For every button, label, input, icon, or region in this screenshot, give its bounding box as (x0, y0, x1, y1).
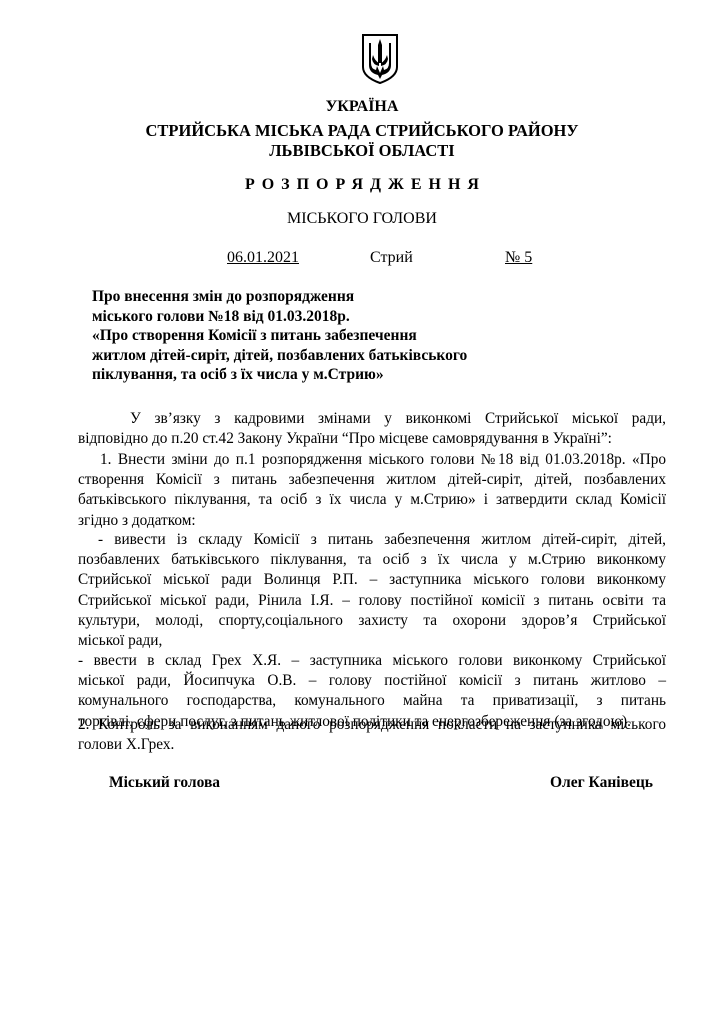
item-1-paragraph: 1. Внести зміни до п.1 розпорядження міс… (78, 450, 666, 531)
subject-line: Про внесення змін до розпорядження (92, 287, 467, 307)
item-2-paragraph: 2. Контроль за виконанням даного розпоря… (78, 715, 666, 755)
paragraph-line: голови Х.Грех. (78, 735, 666, 755)
subject-line: піклування, та осіб з їх числа у м.Стрию… (92, 365, 467, 385)
trident-coat-of-arms-icon (360, 33, 400, 85)
signature-title: Міський голова (109, 774, 220, 792)
paragraph-line: - вивести із складу Комісії з питань заб… (78, 530, 666, 550)
paragraph-line: згідно з додатком: (78, 511, 666, 531)
remove-members-paragraph: - вивести із складу Комісії з питань заб… (78, 530, 666, 651)
paragraph-line: відповідно до п.20 ст.42 Закону України … (78, 429, 666, 449)
paragraph-line: міської ради, Йосипчука О.В. – голову по… (78, 671, 666, 691)
document-city: Стрий (370, 249, 413, 267)
signature-name: Олег Канівець (550, 774, 653, 792)
paragraph-line: Стрийської міської ради, Рінила І.Я. – г… (78, 591, 666, 611)
document-type-heading: РОЗПОРЯДЖЕННЯ (0, 176, 724, 194)
paragraph-line: Стрийської міської ради Волинця Р.П. – з… (78, 570, 666, 590)
document-number: № 5 (505, 249, 532, 267)
subject-line: «Про створення Комісії з питань забезпеч… (92, 326, 467, 346)
paragraph-line: культури, молоді, спорту,соціального зах… (78, 611, 666, 631)
country-heading: УКРАЇНА (0, 98, 724, 116)
paragraph-line: комунального господарства, комунального … (78, 691, 666, 711)
paragraph-line: батьківського піклування, та осіб з їх ч… (78, 490, 666, 510)
paragraph-line: міської ради, (78, 631, 666, 651)
document-date: 06.01.2021 (227, 249, 299, 267)
subject-line: житлом дітей-сиріт, дітей, позбавлених б… (92, 346, 467, 366)
paragraph-line: 2. Контроль за виконанням даного розпоря… (78, 715, 666, 735)
subject-block: Про внесення змін до розпорядження міськ… (92, 287, 467, 385)
intro-paragraph: У зв’язку з кадровими змінами у виконком… (78, 409, 666, 449)
subject-line: міського голови №18 від 01.03.2018р. (92, 307, 467, 327)
paragraph-line: позбавлених батьківського піклування, та… (78, 550, 666, 570)
council-name-line1: СТРИЙСЬКА МІСЬКА РАДА СТРИЙСЬКОГО РАЙОНУ (0, 121, 724, 141)
document-meta-row: 06.01.2021 Стрий № 5 (0, 249, 724, 269)
paragraph-line: У зв’язку з кадровими змінами у виконком… (78, 409, 666, 429)
issuer-heading: МІСЬКОГО ГОЛОВИ (0, 210, 724, 228)
paragraph-line: 1. Внести зміни до п.1 розпорядження міс… (78, 450, 666, 470)
paragraph-line: створення Комісії з питань забезпечення … (78, 470, 666, 490)
paragraph-line: - ввести в склад Грех Х.Я. – заступника … (78, 651, 666, 671)
council-name-line2: ЛЬВІВСЬКОЇ ОБЛАСТІ (0, 141, 724, 161)
